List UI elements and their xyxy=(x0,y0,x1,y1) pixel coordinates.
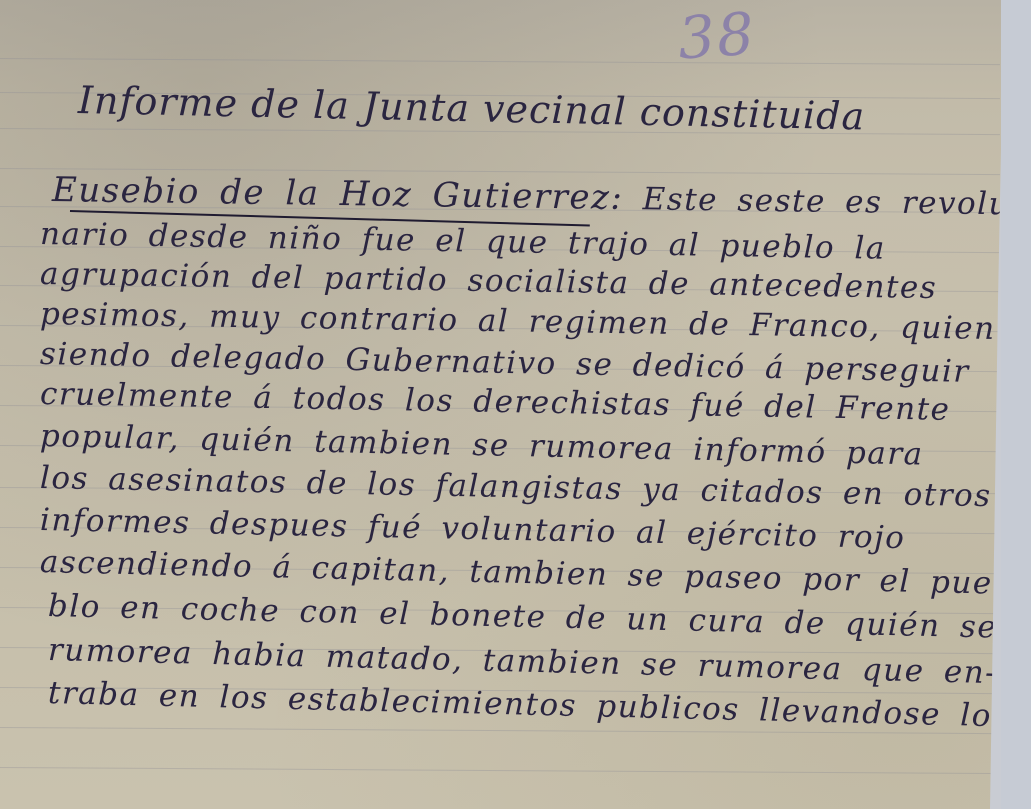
manuscript-photo: 38 Informe de la Junta vecinal constitui… xyxy=(0,0,1031,809)
text-line-1-rest: Este seste es revolucio- xyxy=(642,181,1031,223)
manuscript-page: 38 Informe de la Junta vecinal constitui… xyxy=(0,0,1004,809)
ruled-line xyxy=(0,767,1000,774)
subject-name: Eusebio de la Hoz Gutierrez: xyxy=(52,170,624,218)
ruled-line xyxy=(0,58,1000,65)
text-line-1: Eusebio de la Hoz Gutierrez: Este seste … xyxy=(52,170,1031,224)
background-surface xyxy=(1001,0,1031,809)
folio-number: 38 xyxy=(676,0,758,73)
